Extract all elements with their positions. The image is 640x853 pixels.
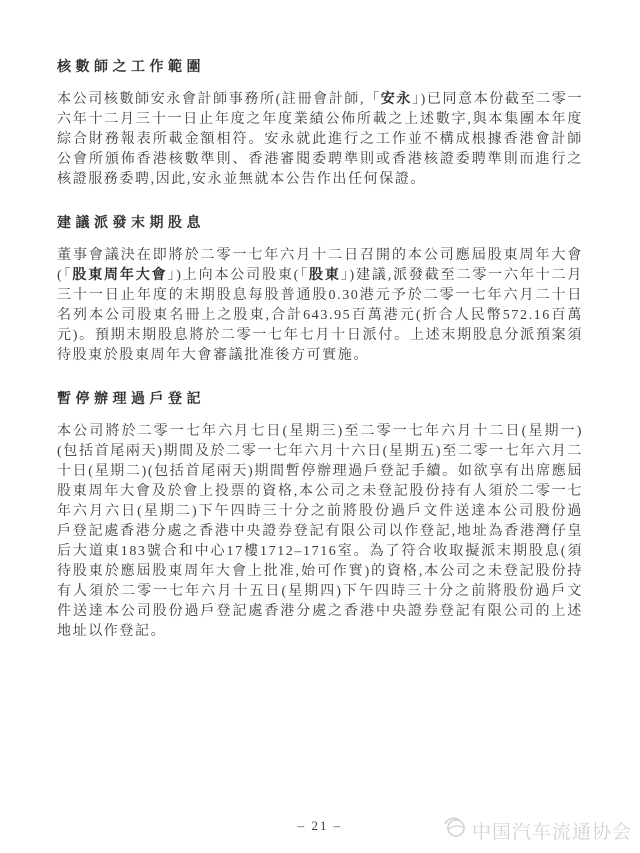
cada-globe-logo-icon [443,815,467,845]
paragraph-text: 本公司將於二零一七年六月七日(星期三)至二零一七年六月十二日(星期一)(包括首尾… [57,424,583,639]
document-content: 核數師之工作範圍 本公司核數師安永會計師事務所(註冊會計師,「安永」)已同意本份… [57,58,583,650]
section-closure-of-register: 暫停辦理過戶登記 本公司將於二零一七年六月七日(星期三)至二零一七年六月十二日(… [57,390,583,642]
section-final-dividend: 建議派發末期股息 董事會議決在即將於二零一七年六月十二日召開的本公司應屆股東周年… [57,214,583,366]
watermark: 中国汽车流通协会 [443,815,632,845]
paragraph-auditor-scope: 本公司核數師安永會計師事務所(註冊會計師,「安永」)已同意本份截至二零一六年十二… [57,90,583,190]
section-heading-final-dividend: 建議派發末期股息 [57,214,583,234]
watermark-text: 中国汽车流通协会 [472,817,632,844]
paragraph-text: 本公司核數師安永會計師事務所(註冊會計師,「 [57,92,381,107]
paragraph-text: 」)上向本公司股東(「 [167,268,309,283]
defined-term: 股東 [309,268,341,283]
defined-term: 安永 [381,92,412,107]
paragraph-final-dividend: 董事會議決在即將於二零一七年六月十二日召開的本公司應屆股東周年大會(「股東周年大… [57,246,583,366]
section-heading-closure-of-register: 暫停辦理過戶登記 [57,390,583,410]
paragraph-closure-of-register: 本公司將於二零一七年六月七日(星期三)至二零一七年六月十二日(星期一)(包括首尾… [57,422,583,642]
section-auditor-scope: 核數師之工作範圍 本公司核數師安永會計師事務所(註冊會計師,「安永」)已同意本份… [57,58,583,190]
document-page: 核數師之工作範圍 本公司核數師安永會計師事務所(註冊會計師,「安永」)已同意本份… [0,0,640,853]
section-heading-auditor-scope: 核數師之工作範圍 [57,58,583,78]
defined-term: 股東周年大會 [72,268,167,283]
